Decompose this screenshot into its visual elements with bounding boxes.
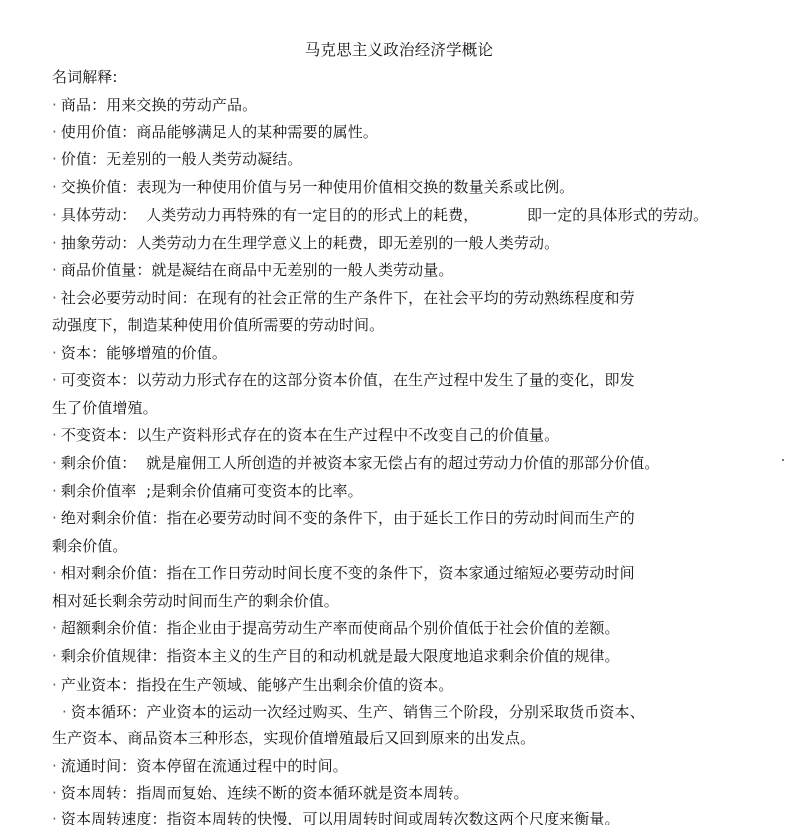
bullet-icon: · (52, 150, 57, 168)
bullet-icon: · (52, 178, 57, 196)
stray-mark (782, 459, 784, 461)
list-item: ·商品：用来交换的劳动产品。 (52, 94, 257, 115)
list-item: ·资本循环：产业资本的运动一次经过购买、生产、销售三个阶段，分别采取货币资本、 (62, 701, 645, 722)
bullet-icon: · (52, 371, 57, 389)
list-item: ·商品价值量：就是凝结在商品中无差别的一般人类劳动量。 (52, 259, 453, 280)
list-item: ·剩余价值率 ;是剩余价值痛可变资本的比率。 (52, 480, 363, 501)
bullet-icon: · (52, 344, 57, 362)
bullet-icon: · (52, 810, 57, 825)
bullet-icon: · (52, 482, 57, 500)
document-page: 马克思主义政治经济学概论 名词解释: ·商品：用来交换的劳动产品。 ·使用价值：… (0, 0, 798, 825)
bullet-icon: · (52, 426, 57, 444)
list-item: ·剩余价值规律：指资本主义的生产目的和动机就是最大限度地追求剩余价值的规律。 (52, 645, 620, 666)
list-item: ·资本：能够增殖的价值。 (52, 342, 227, 363)
bullet-icon: · (52, 784, 57, 802)
list-item-continuation: 动强度下，制造某种使用价值所需要的劳动时间。 (52, 314, 384, 335)
list-item: ·相对剩余价值：指在工作日劳动时间长度不变的条件下，资本家通过缩短必要劳动时间 (52, 562, 635, 583)
list-item: ·流通时间：资本停留在流通过程中的时间。 (52, 755, 348, 776)
bullet-icon: · (52, 234, 57, 252)
bullet-icon: · (52, 123, 57, 141)
bullet-icon: · (52, 261, 57, 279)
bullet-icon: · (52, 509, 57, 527)
list-item-continuation: 生了价值增殖。 (52, 397, 158, 418)
list-item: ·抽象劳动：人类劳动力在生理学意义上的耗费，即无差别的一般人类劳动。 (52, 232, 559, 253)
list-item: ·社会必要劳动时间：在现有的社会正常的生产条件下，在社会平均的劳动熟练程度和劳 (52, 287, 635, 308)
list-item: ·使用价值：商品能够满足人的某种需要的属性。 (52, 121, 378, 142)
list-item: ·交换价值：表现为一种使用价值与另一种使用价值相交换的数量关系或比例。 (52, 176, 574, 197)
list-item-continuation: 生产资本、商品资本三种形态，实现价值增殖最后又回到原来的出发点。 (52, 727, 535, 748)
section-heading: 名词解释: (52, 66, 118, 87)
list-item: ·超额剩余价值：指企业由于提高劳动生产率而使商品个别价值低于社会价值的差额。 (52, 617, 620, 638)
bullet-icon: · (52, 206, 57, 224)
list-item: ·剩余价值： 就是雇佣工人所创造的并被资本家无偿占有的超过劳动力价值的那部分价值… (52, 452, 660, 473)
list-item: ·绝对剩余价值：指在必要劳动时间不变的条件下，由于延长工作日的劳动时间而生产的 (52, 507, 635, 528)
list-item: ·价值：无差别的一般人类劳动凝结。 (52, 148, 302, 169)
document-title: 马克思主义政治经济学概论 (0, 38, 798, 60)
bullet-icon: · (62, 703, 67, 721)
list-item: ·具体劳动： 人类劳动力再特殊的有一定目的的形式上的耗费， 即一定的具体形式的劳… (52, 204, 708, 225)
bullet-icon: · (52, 619, 57, 637)
list-item: ·不变资本：以生产资料形式存在的资本在生产过程中不改变自己的价值量。 (52, 424, 559, 445)
list-item: ·资本周转：指周而复始、连续不断的资本循环就是资本周转。 (52, 782, 469, 803)
list-item-continuation: 相对延长剩余劳动时间而生产的剩余价值。 (52, 590, 339, 611)
bullet-icon: · (52, 96, 57, 114)
list-item: ·可变资本：以劳动力形式存在的这部分资本价值，在生产过程中发生了量的变化，即发 (52, 369, 635, 390)
bullet-icon: · (52, 757, 57, 775)
bullet-icon: · (52, 647, 57, 665)
bullet-icon: · (52, 676, 57, 694)
list-item: ·资本周转速度：指资本周转的快慢，可以用周转时间或周转次数这两个尺度来衡量。 (52, 808, 620, 825)
list-item: ·产业资本：指投在生产领域、能够产生出剩余价值的资本。 (52, 674, 453, 695)
bullet-icon: · (52, 289, 57, 307)
list-item-continuation: 剩余价值。 (52, 535, 128, 556)
bullet-icon: · (52, 454, 57, 472)
bullet-icon: · (52, 564, 57, 582)
